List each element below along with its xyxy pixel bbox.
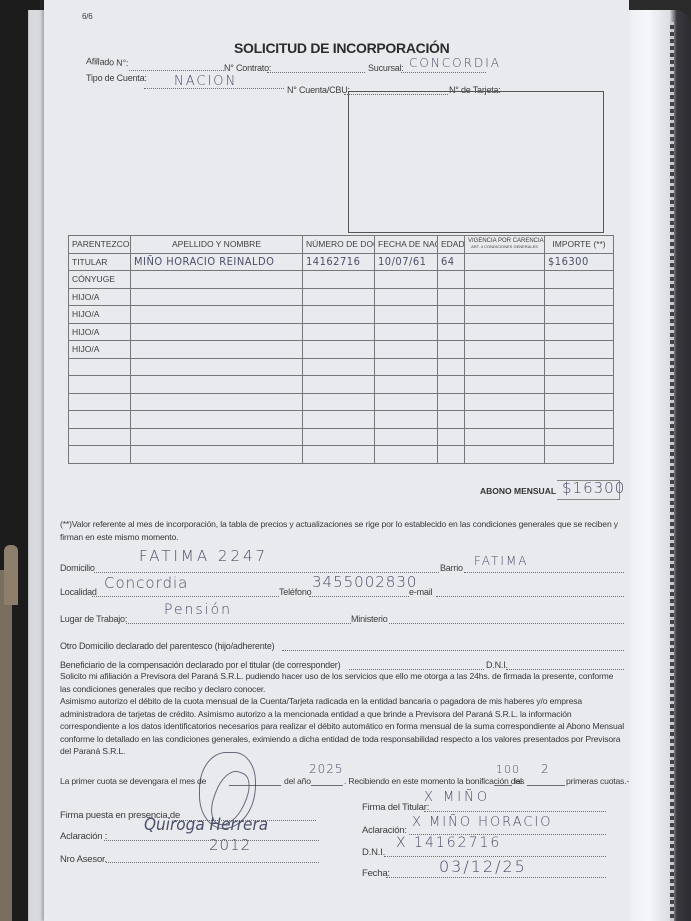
table-row: HIJO/A: [69, 288, 614, 306]
col-vigencia: VIGENCIA POR CARENCIA ART. 4 CONDICIONES…: [465, 236, 545, 254]
cell-edad[interactable]: [438, 306, 465, 324]
cell-parentezco: [69, 428, 131, 446]
nro-asesor-field[interactable]: [106, 862, 319, 863]
primeras-label: primeras cuotas.-: [566, 776, 629, 786]
cell-importe[interactable]: [545, 411, 614, 429]
legal-paragraph-2: Asimismo autorizo el débito de la cuota …: [60, 695, 625, 758]
cell-nombre[interactable]: [131, 411, 303, 429]
cell-vigencia[interactable]: [465, 271, 545, 289]
beneficiario-dni-label: D.N.I.: [486, 660, 508, 670]
cell-nombre[interactable]: MIÑO HORACIO REINALDO: [131, 253, 303, 271]
sucursal-field[interactable]: [401, 72, 486, 73]
cell-nombre[interactable]: [131, 323, 303, 341]
cell-nombre[interactable]: [131, 446, 303, 464]
cuota-prefix: La primer cuota se devengara el mes de: [60, 776, 206, 786]
cell-importe[interactable]: [545, 393, 614, 411]
cell-edad[interactable]: [438, 271, 465, 289]
afiliado-label: Afillado N°:: [86, 56, 129, 68]
cuota-anio-value: 2025: [309, 762, 344, 776]
cell-nombre[interactable]: [131, 428, 303, 446]
cell-doc[interactable]: [303, 446, 375, 464]
table-row: HIJO/A: [69, 306, 614, 324]
cell-nombre[interactable]: [131, 341, 303, 359]
telefono-field[interactable]: [309, 596, 409, 597]
cell-importe[interactable]: [545, 358, 614, 376]
cell-vigencia[interactable]: [465, 376, 545, 394]
table-row: [69, 411, 614, 429]
card-photo-box: [348, 91, 604, 233]
cell-fecha-nac[interactable]: [375, 446, 438, 464]
cell-importe[interactable]: [545, 428, 614, 446]
table-row: [69, 428, 614, 446]
barrio-label: Barrio: [440, 563, 463, 573]
firma-titular-value: X MIÑO: [424, 790, 490, 805]
fecha-field[interactable]: [386, 877, 606, 878]
cell-doc[interactable]: [303, 306, 375, 324]
cell-vigencia[interactable]: [465, 446, 545, 464]
binder-clip-top: [4, 545, 18, 605]
cell-fecha-nac[interactable]: [375, 341, 438, 359]
table-row: HIJO/A: [69, 341, 614, 359]
cell-edad[interactable]: [438, 411, 465, 429]
legal-paragraph-1: Solicito mi afiliación a Previsora del P…: [60, 670, 625, 695]
cell-importe[interactable]: [545, 271, 614, 289]
cell-fecha-nac[interactable]: [375, 306, 438, 324]
cell-edad[interactable]: [438, 323, 465, 341]
firma-titular-field[interactable]: [424, 811, 606, 812]
contrato-label: N° Contrato:: [224, 63, 271, 73]
cell-parentezco: [69, 411, 131, 429]
bonificacion-value: 100: [496, 763, 520, 776]
form-page: 6/6 SOLICITUD DE INCORPORACIÓN Afillado …: [44, 0, 629, 921]
table-row: [69, 358, 614, 376]
cell-doc[interactable]: [303, 358, 375, 376]
cell-nombre[interactable]: [131, 376, 303, 394]
cell-fecha-nac[interactable]: [375, 376, 438, 394]
cell-nombre[interactable]: [131, 271, 303, 289]
cell-doc[interactable]: 14162716: [303, 253, 375, 271]
las-field[interactable]: [527, 785, 565, 786]
nro-asesor-label: Nro Asesor.: [60, 854, 107, 865]
cell-parentezco: HIJO/A: [69, 341, 131, 359]
table-row: [69, 376, 614, 394]
cell-parentezco: HIJO/A: [69, 323, 131, 341]
col-fecha-nac: FECHA DE NAC.: [375, 236, 438, 254]
beneficiario-label: Beneficiario de la compensación declarad…: [60, 660, 340, 670]
otro-domicilio-field[interactable]: [282, 650, 624, 651]
nro-asesor-value: 2012: [209, 836, 251, 854]
cell-doc[interactable]: [303, 428, 375, 446]
plastic-sleeve: [620, 10, 691, 921]
cell-edad[interactable]: [438, 428, 465, 446]
col-edad: EDAD: [438, 236, 465, 254]
cuota-anio-label: del año: [284, 776, 311, 786]
localidad-value: Concordia: [104, 574, 188, 592]
table-row: HIJO/A: [69, 323, 614, 341]
cell-edad[interactable]: [438, 446, 465, 464]
page-number: 6/6: [82, 12, 93, 21]
sucursal-label: Sucursal:: [368, 63, 404, 73]
col-importe: IMPORTE (**): [545, 236, 614, 254]
col-nombre: APELLIDO Y NOMBRE: [131, 236, 303, 254]
afiliado-field[interactable]: [129, 70, 224, 71]
cell-parentezco: [69, 358, 131, 376]
cell-fecha-nac[interactable]: 10/07/61: [375, 253, 438, 271]
cell-vigencia[interactable]: [465, 428, 545, 446]
bonificacion-field[interactable]: [494, 785, 512, 786]
cell-fecha-nac[interactable]: [375, 393, 438, 411]
cell-fecha-nac[interactable]: [375, 358, 438, 376]
localidad-field[interactable]: [92, 596, 279, 597]
cell-vigencia[interactable]: [465, 393, 545, 411]
cell-parentezco: [69, 446, 131, 464]
lugar-trabajo-label: Lugar de Trabajo:: [60, 614, 127, 624]
cell-edad[interactable]: [438, 358, 465, 376]
col-doc: NÚMERO DE DOC.: [303, 236, 375, 254]
table-header-row: PARENTEZCO APELLIDO Y NOMBRE NÚMERO DE D…: [69, 236, 614, 254]
cell-importe[interactable]: [545, 323, 614, 341]
cell-vigencia[interactable]: [465, 341, 545, 359]
cuenta-cbu-label: N° Cuenta/CBU:: [287, 85, 350, 95]
contrato-field[interactable]: [267, 72, 365, 73]
table-row: TITULARMIÑO HORACIO REINALDO1416271610/0…: [69, 253, 614, 271]
otro-domicilio-label: Otro Domicilio declarado del parentesco …: [60, 641, 274, 651]
domicilio-label: Domicilio: [60, 563, 95, 573]
ministerio-label: Ministerio: [351, 614, 388, 624]
cell-parentezco: [69, 393, 131, 411]
tipo-cuenta-value: NACION: [174, 74, 237, 89]
aclaracion-left-value: Quiroga Herrera: [144, 815, 268, 835]
cell-importe[interactable]: [545, 341, 614, 359]
cell-importe[interactable]: [545, 306, 614, 324]
las-value: 2: [541, 762, 550, 776]
col-vigencia-subtitle: ART. 4 CONDICIONES GENERALES: [468, 244, 541, 250]
cell-edad[interactable]: [438, 393, 465, 411]
cell-edad[interactable]: [438, 288, 465, 306]
family-table: PARENTEZCO APELLIDO Y NOMBRE NÚMERO DE D…: [68, 235, 614, 464]
barrio-value: FATIMA: [474, 554, 529, 568]
cell-importe[interactable]: $16300: [545, 253, 614, 271]
fecha-value: 03/12/25: [439, 857, 527, 876]
las-label: las: [514, 776, 524, 786]
cell-vigencia[interactable]: [465, 358, 545, 376]
cell-doc[interactable]: [303, 271, 375, 289]
cell-nombre[interactable]: [131, 358, 303, 376]
cell-fecha-nac[interactable]: [375, 411, 438, 429]
cell-nombre[interactable]: [131, 288, 303, 306]
cell-parentezco: [69, 376, 131, 394]
cell-importe[interactable]: [545, 288, 614, 306]
cell-doc[interactable]: [303, 393, 375, 411]
cell-fecha-nac[interactable]: [375, 271, 438, 289]
footnote: (**)Valor referente al mes de incorporac…: [60, 518, 625, 543]
tipo-cuenta-label: Tipo de Cuenta:: [86, 73, 147, 83]
barrio-field[interactable]: [464, 572, 624, 573]
cell-edad[interactable]: [438, 341, 465, 359]
ministerio-field[interactable]: [389, 623, 624, 624]
telefono-label: Teléfono: [279, 587, 311, 597]
col-parentezco: PARENTEZCO: [69, 236, 131, 254]
email-field[interactable]: [436, 596, 624, 597]
cell-importe[interactable]: [545, 376, 614, 394]
cell-nombre[interactable]: [131, 306, 303, 324]
cell-vigencia[interactable]: [465, 306, 545, 324]
cell-doc[interactable]: [303, 323, 375, 341]
cell-importe[interactable]: [545, 446, 614, 464]
binder-clip: [0, 570, 12, 921]
cell-vigencia[interactable]: [465, 323, 545, 341]
cuota-anio-field[interactable]: [311, 785, 343, 786]
dni-label: D.N.I.: [362, 847, 385, 858]
cell-fecha-nac[interactable]: [375, 428, 438, 446]
form-title: SOLICITUD DE INCORPORACIÓN: [234, 40, 449, 56]
abono-mensual-value: $16300: [562, 479, 625, 497]
cell-nombre[interactable]: [131, 393, 303, 411]
firma-titular-label: Firma del Titular:: [362, 802, 429, 813]
table-row: CÓNYUGE: [69, 271, 614, 289]
sleeve-stitching: [670, 22, 674, 921]
cell-vigencia[interactable]: [465, 288, 545, 306]
cell-vigencia[interactable]: [465, 253, 545, 271]
lugar-trabajo-field[interactable]: [126, 623, 351, 624]
cell-parentezco: HIJO/A: [69, 288, 131, 306]
dni-value: X 14162716: [396, 835, 501, 851]
telefono-value: 3455002830: [312, 573, 417, 591]
table-row: [69, 393, 614, 411]
cell-vigencia[interactable]: [465, 411, 545, 429]
cell-doc[interactable]: [303, 376, 375, 394]
domicilio-value: FATIMA 2247: [139, 547, 268, 565]
cell-doc[interactable]: [303, 288, 375, 306]
cell-parentezco: HIJO/A: [69, 306, 131, 324]
cell-doc[interactable]: [303, 341, 375, 359]
cell-edad[interactable]: [438, 376, 465, 394]
cell-parentezco: CÓNYUGE: [69, 271, 131, 289]
cell-fecha-nac[interactable]: [375, 288, 438, 306]
cell-fecha-nac[interactable]: [375, 323, 438, 341]
abono-mensual-label: ABONO MENSUAL: [480, 486, 556, 496]
table-row: [69, 446, 614, 464]
lugar-trabajo-value: Pensión: [164, 602, 232, 618]
cell-doc[interactable]: [303, 411, 375, 429]
aclaracion-right-value: X MIÑO HORACIO: [412, 815, 553, 830]
aclaracion-left-label: Aclaración :: [60, 831, 107, 842]
sucursal-value: CONCORDIA: [409, 56, 501, 70]
email-label: e-mail: [409, 587, 432, 597]
cell-parentezco: TITULAR: [69, 253, 131, 271]
cell-edad[interactable]: 64: [438, 253, 465, 271]
